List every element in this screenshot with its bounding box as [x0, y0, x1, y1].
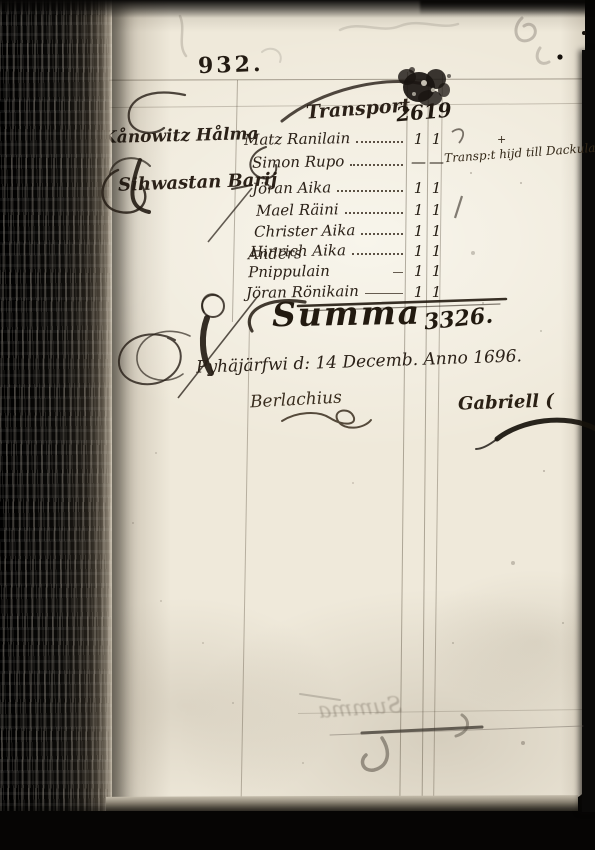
village-initial-flourish: [103, 158, 253, 212]
ledger-row: Mael Räini 1 1: [256, 199, 444, 219]
signature-right: Gabriell (: [458, 390, 555, 414]
row-tail-curl: [452, 129, 463, 143]
value-col1: 1: [408, 222, 429, 240]
ledger-row: Simon Rupo — —: [252, 151, 444, 171]
dotted-leader: [337, 190, 403, 192]
dotted-leader: [350, 164, 403, 166]
transport-value: 2619: [395, 98, 453, 127]
value-col1: 1: [408, 242, 429, 260]
bleedthrough-strokes: [300, 694, 583, 770]
signature-swash-tail: [476, 439, 497, 449]
ink-dot: [557, 54, 562, 59]
signature-swash: [497, 420, 595, 439]
header-flourish: [129, 93, 185, 133]
taxpayer-name: Jöran Aika: [252, 178, 332, 197]
diagonal-stroke-lower: [178, 296, 258, 398]
taxpayer-name: Mael Räini: [256, 200, 339, 219]
dash-leader: [393, 272, 403, 273]
ledger-row: Matz Ranilain 1 1: [244, 128, 444, 148]
taxpayer-name: Simon Rupo: [252, 152, 345, 172]
taxpayer-name: Anders Pnippulain: [248, 243, 388, 281]
value-col2: 1: [429, 201, 444, 219]
scanned-manuscript: 932. Transport 2619 Kånowitz Hålma Sihwa…: [0, 0, 595, 850]
diagonal-stroke-upper: [208, 188, 252, 242]
taxpayer-name: Matz Ranilain: [244, 129, 351, 149]
value-col1: —: [408, 153, 429, 171]
value-col1: 1: [408, 201, 429, 219]
ghost-marks-top: [180, 16, 549, 63]
value-col1: 1: [408, 262, 429, 280]
ledger-row: Christer Aika 1 1: [254, 220, 444, 240]
dateline-place: Pyhäjärfwi: [196, 354, 289, 377]
dotted-leader: [356, 141, 403, 143]
dotted-leader: [345, 212, 403, 214]
value-col2: —: [429, 153, 444, 171]
value-col2: 1: [429, 242, 444, 260]
value-col2: 1: [429, 179, 444, 197]
taxpayer-name: Christer Aika: [254, 221, 356, 241]
value-col2: 1: [429, 262, 444, 280]
dotted-leader: [361, 233, 403, 235]
value-col1: 1: [408, 130, 429, 148]
row-tick-mark: [455, 196, 462, 218]
ink-dot-small: [582, 31, 586, 35]
signature-paraph: [282, 410, 371, 427]
summa-label: Summa: [272, 293, 422, 335]
margin-note-mark: +: [497, 133, 506, 146]
ledger-row: Anders Pnippulain 1 1: [248, 260, 444, 280]
value-col2: 1: [429, 283, 444, 301]
value-col1: 1: [408, 179, 429, 197]
value-col2: 1: [429, 222, 444, 240]
ledger-row: Jöran Aika 1 1: [252, 177, 444, 197]
value-col2: 1: [429, 130, 444, 148]
